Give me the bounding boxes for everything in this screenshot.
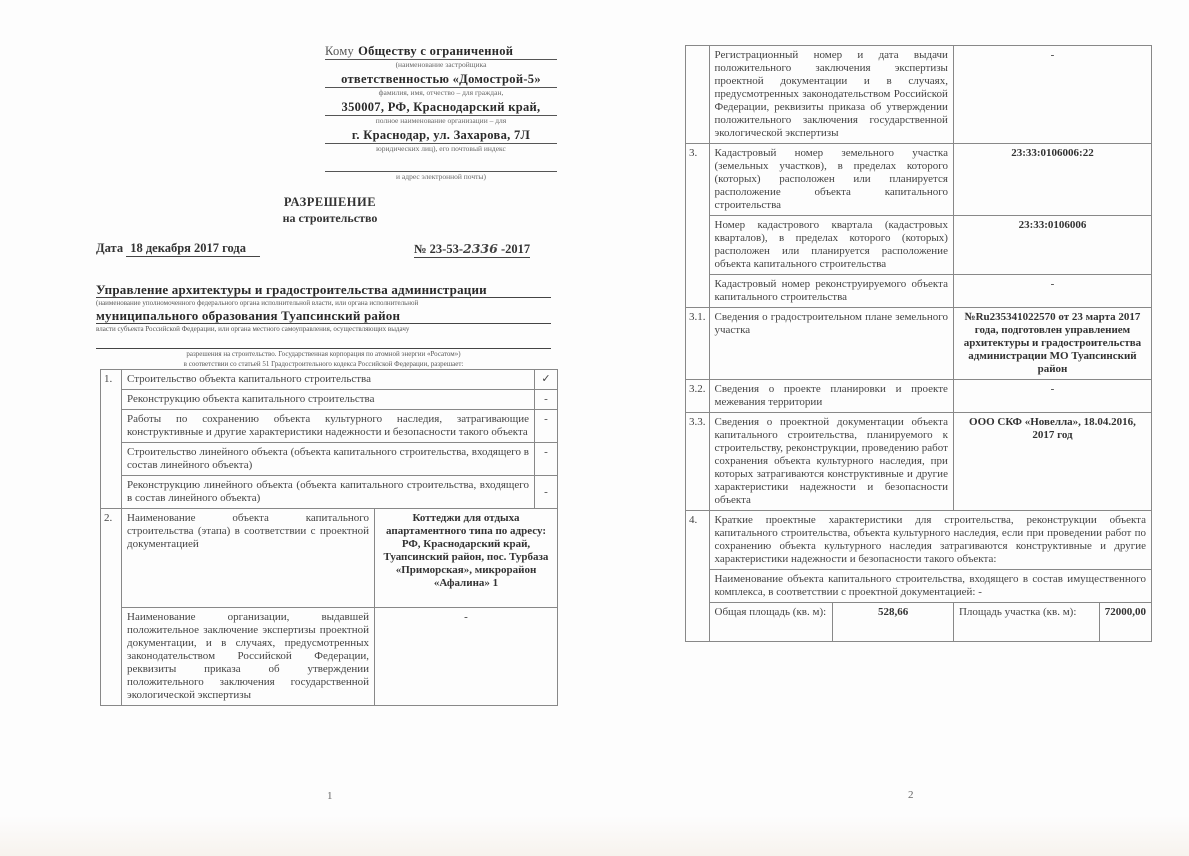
addressee-block: КомуОбществу с ограниченной (наименовани… xyxy=(325,44,557,184)
check-mark: - xyxy=(535,443,558,476)
scan-shadow xyxy=(594,816,1189,856)
row-number xyxy=(686,46,710,144)
field-label: Регистрационный номер и дата выдачи поло… xyxy=(709,46,953,144)
number-suffix: -2017 xyxy=(498,242,530,256)
table-row: Строительство линейного объекта (объекта… xyxy=(101,443,558,476)
date-label: Дата xyxy=(96,241,123,255)
field-value: - xyxy=(953,275,1151,308)
table-row: Реконструкцию линейного объекта (объекта… xyxy=(101,476,558,509)
field-value: №Ru235341022570 от 23 марта 2017 года, п… xyxy=(953,308,1151,380)
field-label: Номер кадастрового квартала (кадастровых… xyxy=(709,216,953,275)
table-row: 4. Краткие проектные характеристики для … xyxy=(686,511,1152,570)
addressee-address-1: 350007, РФ, Краснодарский край, xyxy=(325,100,557,116)
table-row: 3.1. Сведения о градостроительном плане … xyxy=(686,308,1152,380)
field-label: Сведения о проекте планировки и проекте … xyxy=(709,380,953,413)
table-row: Наименование объекта капитального строит… xyxy=(686,570,1152,603)
work-type: Работы по сохранению объекта культурного… xyxy=(122,410,535,443)
permit-page-1: КомуОбществу с ограниченной (наименовани… xyxy=(0,0,594,856)
field-label: Сведения о проектной документации объект… xyxy=(709,413,953,511)
table-row: 3.2. Сведения о проекте планировки и про… xyxy=(686,380,1152,413)
authority-line-2: муниципального образования Туапсинский р… xyxy=(96,308,551,324)
addressee-hint: (наименование застройщика xyxy=(325,60,557,70)
work-type: Реконструкцию объекта капитального строи… xyxy=(122,390,535,410)
row-number: 3.3. xyxy=(686,413,710,511)
addressee-hint: полное наименование организации – для xyxy=(325,116,557,126)
table-row: 3. Кадастровый номер земельного участка … xyxy=(686,144,1152,216)
number-handwritten: 2336 xyxy=(463,241,498,256)
work-type: Реконструкцию линейного объекта (объекта… xyxy=(122,476,535,509)
row-number: 3. xyxy=(686,144,710,308)
issuing-authority: Управление архитектуры и градостроительс… xyxy=(96,282,551,369)
field-label: Сведения о градостроительном плане земел… xyxy=(709,308,953,380)
field-value: 23:33:0106006 xyxy=(953,216,1151,275)
row-number: 3.1. xyxy=(686,308,710,380)
check-mark: - xyxy=(535,390,558,410)
date-value: 18 декабря 2017 года xyxy=(126,241,260,257)
table-row: Наименование организации, выдавшей полож… xyxy=(101,608,558,706)
permit-table-page-1: 1. Строительство объекта капитального ст… xyxy=(100,369,558,706)
authority-blank-line xyxy=(96,334,551,349)
addressee-label: Кому xyxy=(325,44,354,58)
table-row: 1. Строительство объекта капитального ст… xyxy=(101,370,558,390)
authority-line-1: Управление архитектуры и градостроительс… xyxy=(96,282,551,298)
work-type: Строительство объекта капитального строи… xyxy=(122,370,535,390)
field-value: - xyxy=(953,380,1151,413)
number-prefix: № 23-53- xyxy=(414,242,463,256)
row-number: 3.2. xyxy=(686,380,710,413)
object-name: Наименование объекта капитального строит… xyxy=(709,570,1152,603)
field-value: - xyxy=(953,46,1151,144)
permit-date: Дата 18 декабря 2017 года xyxy=(96,241,260,257)
field-value: - xyxy=(375,608,558,706)
table-row: Общая площадь (кв. м): 528,66 Площадь уч… xyxy=(686,603,1152,642)
table-row: Работы по сохранению объекта культурного… xyxy=(101,410,558,443)
field-value: 23:33:0106006:22 xyxy=(953,144,1151,216)
scan-shadow xyxy=(0,816,594,856)
permit-page-2: Регистрационный номер и дата выдачи поло… xyxy=(594,0,1189,856)
table-row: Реконструкцию объекта капитального строи… xyxy=(101,390,558,410)
plot-area-value: 72000,00 xyxy=(1099,603,1151,642)
total-area-value: 528,66 xyxy=(833,603,954,642)
field-value: Коттеджи для отдыха апартаментного типа … xyxy=(375,509,558,608)
authority-hint-1: (наименование уполномоченного федерально… xyxy=(96,298,551,308)
authority-hint-2: власти субъекта Российской Федерации, ил… xyxy=(96,324,551,334)
addressee-hint: фамилия, имя, отчество – для граждан, xyxy=(325,88,557,98)
table-row: 2. Наименование объекта капитального стр… xyxy=(101,509,558,608)
document-title: РАЗРЕШЕНИЕ xyxy=(0,195,660,210)
table-row: 3.3. Сведения о проектной документации о… xyxy=(686,413,1152,511)
page-number: 2 xyxy=(908,789,914,801)
addressee-name-1: Обществу с ограниченной xyxy=(358,44,513,58)
permit-table-page-2: Регистрационный номер и дата выдачи поло… xyxy=(685,45,1152,642)
field-label: Наименование организации, выдавшей полож… xyxy=(122,608,375,706)
field-value: ООО СКФ «Новелла», 18.04.2016, 2017 год xyxy=(953,413,1151,511)
field-label: Кадастровый номер реконструируемого объе… xyxy=(709,275,953,308)
page-number: 1 xyxy=(327,790,333,802)
addressee-email-line xyxy=(325,156,557,172)
section-number: 1. xyxy=(101,370,122,509)
authority-hint-3: разрешения на строительство. Государстве… xyxy=(96,349,551,359)
document-subtitle: на строительство xyxy=(0,211,660,226)
section-heading: Краткие проектные характеристики для стр… xyxy=(709,511,1152,570)
check-mark: ✓ xyxy=(535,370,558,390)
addressee-hint: и адрес электронной почты) xyxy=(325,172,557,182)
addressee-name-2: ответственностью «Домострой-5» xyxy=(325,72,557,88)
table-row: Номер кадастрового квартала (кадастровых… xyxy=(686,216,1152,275)
field-label: Наименование объекта капитального строит… xyxy=(122,509,375,608)
section-number: 2. xyxy=(101,509,122,706)
check-mark: - xyxy=(535,476,558,509)
addressee-hint: юридических лиц), его почтовый индекс xyxy=(325,144,557,154)
plot-area-label: Площадь участка (кв. м): xyxy=(953,603,1099,642)
section-number: 4. xyxy=(686,511,710,642)
work-type: Строительство линейного объекта (объекта… xyxy=(122,443,535,476)
table-row: Регистрационный номер и дата выдачи поло… xyxy=(686,46,1152,144)
addressee-line: КомуОбществу с ограниченной xyxy=(325,44,557,60)
field-label: Кадастровый номер земельного участка (зе… xyxy=(709,144,953,216)
permit-number: № 23-53-2336 -2017 xyxy=(414,241,530,258)
total-area-label: Общая площадь (кв. м): xyxy=(709,603,833,642)
addressee-address-2: г. Краснодар, ул. Захарова, 7Л xyxy=(325,128,557,144)
check-mark: - xyxy=(535,410,558,443)
authority-hint-4: в соответствии со статьей 51 Градостроит… xyxy=(96,359,551,369)
table-row: Кадастровый номер реконструируемого объе… xyxy=(686,275,1152,308)
